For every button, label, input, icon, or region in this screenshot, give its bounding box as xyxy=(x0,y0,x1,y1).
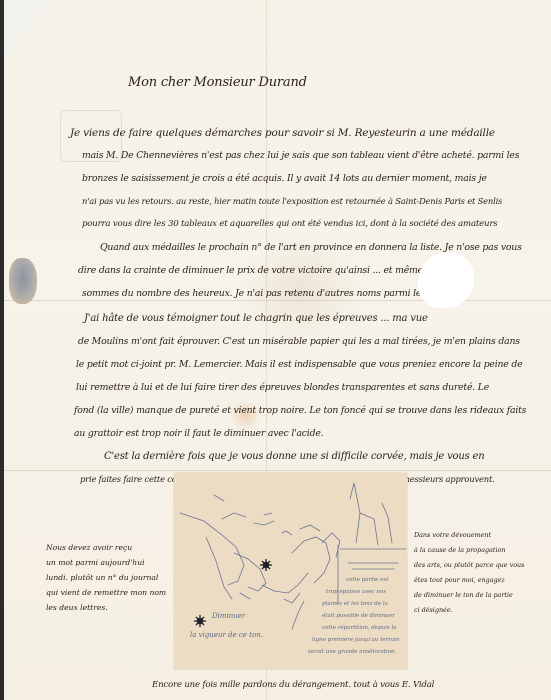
torn-hole xyxy=(418,252,474,308)
letter-line: dire dans la crainte de diminuer le prix… xyxy=(78,265,442,276)
closing-line: Encore une fois mille pardons du dérange… xyxy=(152,680,434,690)
letter-line: sommes du nombre des heureux. Je n'ai pa… xyxy=(82,288,462,299)
sketch-caption-right: plumes et les tons de la xyxy=(322,601,388,607)
note-line: Nous devez avoir reçu xyxy=(46,540,166,555)
letter-line: J'ai hâte de vous témoigner tout le chag… xyxy=(84,313,428,324)
sketch-caption-left-1: Diminuer xyxy=(212,612,245,620)
note-line: ci désignée. xyxy=(414,603,524,618)
note-line: les deux lettres. xyxy=(46,600,166,615)
note-line: lundi. plutôt un n° du journal xyxy=(46,570,166,585)
note-line: un mot parmi aujourd'hui xyxy=(46,555,166,570)
letter-line: lui remettre à lui et de lui faire tirer… xyxy=(76,382,489,393)
letter-line: bronzes le saisissement je crois a été a… xyxy=(82,173,487,184)
pasted-sketch: Diminuer la vigueur de ce ton. cette par… xyxy=(174,473,407,669)
letter-line: de Moulins m'ont fait éprouver. C'est un… xyxy=(78,336,520,347)
note-line: à la cause de la propagation xyxy=(414,543,524,558)
scan-left-edge xyxy=(0,0,4,700)
wax-seal-stain xyxy=(9,258,37,304)
letter-line: mais M. De Chennevières n'est pas chez l… xyxy=(82,150,519,161)
sketch-caption-right: ligne première jusqu'au terrain xyxy=(312,637,399,643)
letter-line: au grattoir est trop noir il faut le dim… xyxy=(74,428,323,439)
sketch-caption-right: trop épaisse avec nos xyxy=(326,589,386,595)
sketch-caption-right: cette partie est xyxy=(346,577,388,583)
note-line: êtes tout pour moi, engagez xyxy=(414,573,524,588)
letter-line: Je viens de faire quelques démarches pou… xyxy=(70,127,495,139)
note-line: des arts, ou plutôt parce que vous xyxy=(414,558,524,573)
asterisk-marker-icon xyxy=(260,559,272,571)
letter-line: pourra vous dire les 30 tableaux et aqua… xyxy=(82,219,498,229)
sketch-caption-right: cette répartition, depuis la xyxy=(322,625,397,631)
note-line: de diminuer le ton de la partie xyxy=(414,588,524,603)
asterisk-marker-icon xyxy=(194,615,206,627)
fold-line xyxy=(4,470,551,471)
sketch-caption-left-2: la vigueur de ce ton. xyxy=(190,631,263,639)
letter-line: n'ai pas vu les retours. au reste, hier … xyxy=(82,196,502,206)
right-margin-note: Dans votre dévouement à la cause de la p… xyxy=(414,528,524,618)
letter-line: Quand aux médailles le prochain n° de l'… xyxy=(100,242,522,253)
letter-line: fond (la ville) manque de pureté et vien… xyxy=(74,405,526,416)
salutation: Mon cher Monsieur Durand xyxy=(128,75,307,90)
sketch-caption-right: était possible de diminuer xyxy=(322,613,395,619)
note-line: qui vient de remettre mon nom xyxy=(46,585,166,600)
left-margin-note: Nous devez avoir reçu un mot parmi aujou… xyxy=(46,540,166,615)
note-line: Dans votre dévouement xyxy=(414,528,524,543)
sketch-caption-right: serait une grande amélioration. xyxy=(308,649,396,655)
letter-line: C'est la dernière fois que je vous donne… xyxy=(104,451,484,462)
letter-line: le petit mot ci-joint pr. M. Lemercier. … xyxy=(76,359,522,370)
